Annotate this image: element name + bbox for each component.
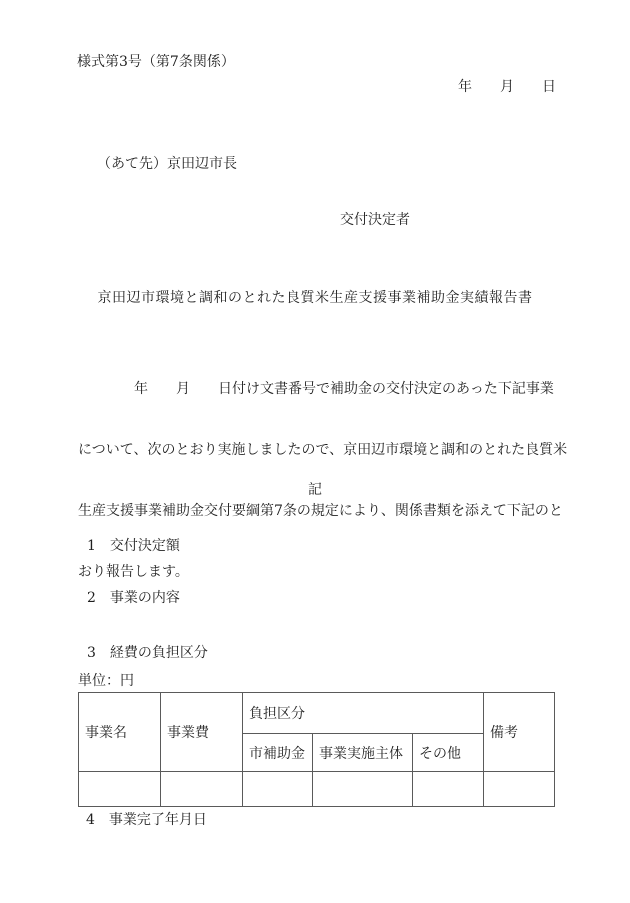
list-item-2-business-content: 2 事業の内容 — [87, 590, 180, 607]
th-business-name: 事業名 — [79, 693, 161, 772]
grant-decider-label: 交付決定者 — [340, 212, 410, 229]
th-business-cost: 事業費 — [161, 693, 243, 772]
th-implementing-body: 事業実施主体 — [313, 734, 413, 772]
body-line-1: 年 月 日付け文書番号で補助金の交付決定のあった下記事業 — [78, 376, 556, 403]
th-other: その他 — [413, 734, 484, 772]
document-title: 京田辺市環境と調和のとれた良質米生産支援事業補助金実績報告書 — [0, 290, 630, 307]
form-number: 様式第3号（第7条関係） — [77, 54, 235, 71]
unit-label: 単位：円 — [78, 673, 134, 690]
list-item-1-grant-decision-amount: 1 交付決定額 — [87, 538, 180, 555]
cell-other — [413, 772, 484, 807]
cost-breakdown-table: 事業名 事業費 負担区分 備考 市補助金 事業実施主体 その他 — [78, 692, 555, 807]
body-line-3: 生産支援事業補助金交付要綱第7条の規定により、関係書類を添えて下記のと — [78, 498, 556, 525]
cell-business-cost — [161, 772, 243, 807]
th-burden-category: 負担区分 — [243, 693, 484, 734]
cell-implementing-body — [313, 772, 413, 807]
th-city-subsidy: 市補助金 — [243, 734, 313, 772]
cell-remarks — [484, 772, 555, 807]
ki-marker: 記 — [0, 482, 630, 499]
body-paragraph: 年 月 日付け文書番号で補助金の交付決定のあった下記事業 について、次のとおり実… — [78, 342, 556, 620]
date-line: 年 月 日 — [458, 79, 556, 96]
th-remarks: 備考 — [484, 693, 555, 772]
body-line-4: おり報告します。 — [78, 559, 556, 586]
list-item-4-completion-date: 4 事業完了年月日 — [86, 812, 207, 829]
table-data-row — [79, 772, 555, 807]
list-item-3-cost-burden-category: 3 経費の負担区分 — [87, 645, 208, 662]
body-line-2: について、次のとおり実施しましたので、京田辺市環境と調和のとれた良質米 — [78, 437, 556, 464]
cell-city-subsidy — [243, 772, 313, 807]
table-header-row-1: 事業名 事業費 負担区分 備考 — [79, 693, 555, 734]
addressee: （あて先）京田辺市長 — [97, 156, 237, 173]
cell-business-name — [79, 772, 161, 807]
document-page: 様式第3号（第7条関係） 年 月 日 （あて先）京田辺市長 交付決定者 京田辺市… — [0, 0, 630, 903]
